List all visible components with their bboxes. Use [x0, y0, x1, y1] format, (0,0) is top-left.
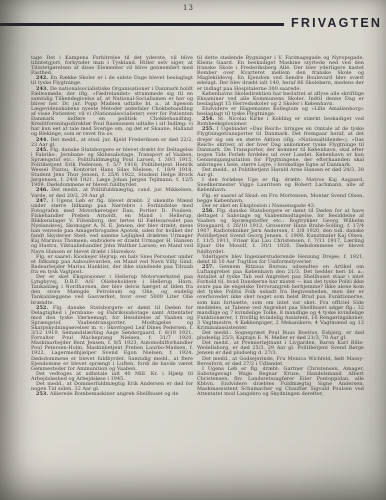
paragraph: 245. Flg. danske Statsborgere er blevet …: [31, 148, 193, 189]
scanned-page-photo: 13 FRIVAGTEN tage Det i Kampens Forbitre…: [0, 0, 386, 500]
paragraph: 256. Flg. danske Statsborgere er dømt ti…: [197, 209, 364, 255]
paragraph: Der er sket Eksplosioner i Hellerup Moto…: [31, 275, 193, 306]
paragraph: I Ugens Løb er flg. dræbt: Gartner Chris…: [197, 367, 364, 398]
paragraph: 253. Allierede Bombemaskiner angreb Shel…: [31, 392, 193, 397]
paragraph: Københavns Skoledirektion har besluttet …: [197, 92, 364, 107]
entry-number: 255.: [202, 126, 217, 132]
paragraph: tage Det i Kampens Forbitrelse til det y…: [31, 56, 193, 76]
left-text-column: tage Det i Kampens Forbitrelse til det y…: [31, 56, 193, 397]
entry-number: 257.: [202, 264, 219, 270]
paragraph: I den forløbne Uge er flg. dræbt: Matros…: [197, 178, 364, 193]
paragraph: 243. De nationalsocialistiske Organisati…: [31, 87, 193, 138]
page-number: 13: [183, 4, 194, 12]
entry-number: 243.: [36, 86, 50, 92]
entry-number: 253.: [36, 391, 50, 397]
masthead-rule: [0, 23, 284, 26]
entry-number: 242.: [36, 75, 50, 81]
paragraph: 257. Gennem Ritzaus Bureau udsendtes en …: [197, 265, 364, 331]
entry-number: 244.: [36, 137, 50, 143]
paragraph: Flg. er saaret: Kioskejer Hejrup, en hal…: [31, 255, 193, 275]
paragraph: 255. I Ugebladet »Das Reich« bringes en …: [197, 127, 364, 168]
right-text-column: til dette stødende Bygninger i V. Farima…: [197, 56, 364, 397]
paragraph: 252. Flg. danske Statsborgere er dømt ti…: [31, 306, 193, 372]
masthead-title: FRIVAGTEN: [291, 16, 382, 30]
paragraph: Det medd., at Premierløjtnant i Livgarde…: [197, 341, 364, 356]
entry-number: 245.: [36, 147, 50, 153]
entry-number: 252.: [36, 305, 53, 311]
paragraph: 247. I Ugens Løb er flg. blevet dræbt: 2…: [31, 199, 193, 255]
paragraph: til dette stødende Bygninger i V. Farima…: [197, 56, 364, 92]
entry-number: 256.: [202, 208, 217, 214]
entry-number: 247.: [36, 198, 51, 204]
entry-number: 254.: [202, 116, 218, 122]
entry-number: 246.: [36, 187, 51, 193]
